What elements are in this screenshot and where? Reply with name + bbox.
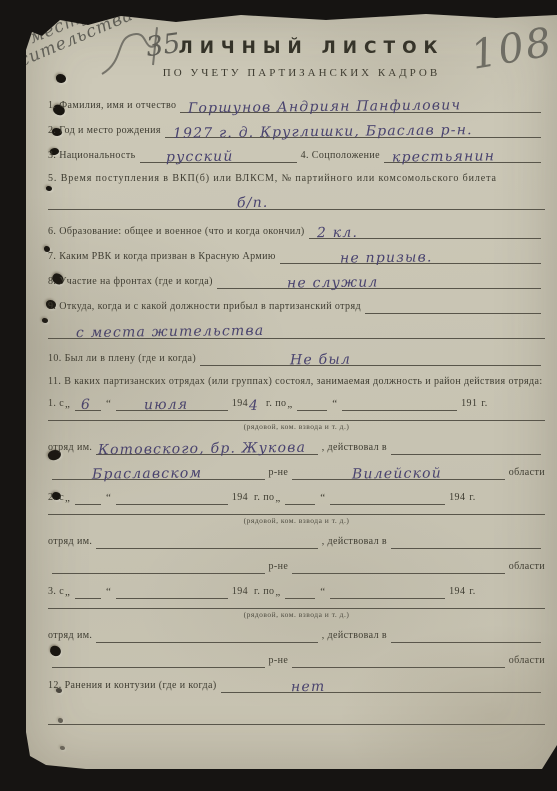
- service-unit-row-3: отряд им. , действовал в: [48, 627, 545, 643]
- field-nationality-social: 3. Национальность русский 4. Соцположени…: [48, 147, 545, 163]
- field-wounds-label: 12. Ранения и контузии (где и когда): [48, 679, 217, 693]
- year-printed: 194: [232, 491, 248, 505]
- field-nationality-value: русский: [165, 150, 233, 165]
- unit-line: [96, 533, 317, 549]
- acted-label: , действовал в: [322, 535, 387, 549]
- year-printed: 194: [232, 585, 248, 599]
- field-surname: 1. Фамилия, имя и отчество Горшунов Андр…: [48, 97, 545, 113]
- month-from-line: [116, 489, 228, 505]
- field-fronts-line: не служил: [217, 273, 541, 289]
- day-to-line: [285, 489, 315, 505]
- service-area-row-1: Браславском р-не Вилейской области: [48, 464, 545, 480]
- year-hand-value: 4: [249, 399, 259, 413]
- open-quote: „: [65, 397, 70, 411]
- service-prefix: 2. с: [48, 491, 64, 505]
- field-wounds-value: нет: [290, 680, 325, 694]
- close-quote: “: [106, 491, 111, 505]
- field-captivity-label: 10. Был ли в плену (где и когда): [48, 352, 196, 366]
- field-social-line: крестьянин: [384, 147, 541, 163]
- field-units-label: 11. В каких партизанских отрядах (или гр…: [48, 375, 545, 388]
- field-party-value: б/п.: [237, 195, 269, 211]
- year-hand-line: 4: [249, 396, 265, 411]
- open-quote: „: [65, 585, 70, 599]
- field-education: 6. Образование: общее и военное (что и к…: [48, 223, 545, 239]
- field-nationality-line: русский: [140, 147, 297, 163]
- field-social-label: 4. Соцположение: [301, 149, 380, 163]
- to-label: г. по: [266, 397, 286, 411]
- form-content: ЛИЧНЫЙ ЛИСТОК ПО УЧЕТУ ПАРТИЗАНСКИХ КАДР…: [48, 28, 545, 734]
- month-from-value: июля: [144, 398, 188, 413]
- day-from-value: 6: [81, 398, 91, 412]
- field-birth-value: 1927 г. д. Круглишки, Браслав р-н.: [173, 123, 473, 141]
- region-value: Вилейской: [352, 466, 442, 481]
- form-subtitle: ПО УЧЕТУ ПАРТИЗАНСКИХ КАДРОВ: [58, 67, 545, 79]
- open-quote: „: [275, 491, 280, 505]
- field-wounds: 12. Ранения и контузии (где и когда) нет: [48, 677, 545, 693]
- district-line: [52, 558, 265, 574]
- service-unit-row-1: отряд им. Котовского, бр. Жукова , дейст…: [48, 439, 545, 455]
- blank-continuation-line: [48, 707, 545, 725]
- field-social-value: крестьянин: [392, 149, 495, 164]
- close-quote: “: [106, 585, 111, 599]
- close-quote: “: [106, 397, 111, 411]
- field-rvk-value: не призыв.: [340, 250, 433, 265]
- field-wounds-line: нет: [221, 677, 541, 693]
- region-label: области: [509, 466, 545, 480]
- field-birth: 2. Год и место рождения 1927 г. д. Кругл…: [48, 122, 545, 138]
- unit-line: [96, 627, 317, 643]
- field-education-label: 6. Образование: общее и военное (что и к…: [48, 225, 305, 239]
- day-from-line: [75, 489, 101, 505]
- district-value: Браславском: [92, 466, 202, 481]
- service-prefix: 1. с: [48, 397, 64, 411]
- field-surname-value: Горшунов Андриян Панфилович: [188, 98, 461, 115]
- unit-line: Котовского, бр. Жукова: [96, 439, 317, 455]
- year-suffix: г.: [469, 491, 475, 505]
- field-origin-label: 9. Откуда, когда и с какой должности при…: [48, 300, 361, 314]
- service-unit-row-2: отряд им. , действовал в: [48, 533, 545, 549]
- acted-line: [391, 439, 541, 455]
- region-label: области: [509, 654, 545, 668]
- acted-line: [391, 533, 541, 549]
- district-line: Браславском: [52, 464, 265, 480]
- end-year-printed: 191: [461, 397, 477, 411]
- field-education-line: 2 кл.: [309, 223, 541, 239]
- rank-caption: (рядовой, ком. взвода и т. д.): [48, 608, 545, 619]
- field-birth-line: 1927 г. д. Круглишки, Браслав р-н.: [165, 122, 541, 138]
- district-line: [52, 652, 265, 668]
- field-origin: 9. Откуда, когда и с какой должности при…: [48, 298, 545, 314]
- scanned-form-page: К месту жительства 35 108 ЛИЧНЫЙ ЛИСТОК …: [26, 12, 557, 769]
- year-printed: 194: [232, 397, 248, 411]
- field-surname-label: 1. Фамилия, имя и отчество: [48, 99, 176, 113]
- field-nationality-label: 3. Национальность: [48, 149, 136, 163]
- district-label: р-не: [269, 654, 289, 668]
- unit-label: отряд им.: [48, 629, 92, 643]
- field-origin-line: с места жительства: [48, 321, 545, 339]
- rank-caption: (рядовой, ком. взвода и т. д.): [48, 514, 545, 525]
- month-to-line: [330, 489, 445, 505]
- close-quote: “: [320, 491, 325, 505]
- close-quote: “: [320, 585, 325, 599]
- field-birth-label: 2. Год и место рождения: [48, 124, 161, 138]
- field-fronts: 8. Участие на фронтах (где и когда) не с…: [48, 273, 545, 289]
- service-dates-row-1: 1. с „ 6 “ июля 194 4 г. по „ “ 191 г.: [48, 395, 545, 411]
- region-line: Вилейской: [292, 464, 505, 480]
- acted-label: , действовал в: [322, 441, 387, 455]
- close-quote: “: [332, 397, 337, 411]
- field-party-line: б/п.: [48, 192, 545, 210]
- field-captivity-line: Не был: [200, 350, 541, 366]
- service-dates-row-3: 3. с „ “ 194 г. по „ “ 194 г.: [48, 583, 545, 599]
- service-area-row-3: р-не области: [48, 652, 545, 668]
- district-label: р-не: [269, 466, 289, 480]
- to-label: г. по: [254, 585, 274, 599]
- year-suffix: г.: [481, 397, 487, 411]
- day-to-line: [285, 583, 315, 599]
- end-year-printed: 194: [449, 491, 465, 505]
- day-from-line: 6: [75, 395, 101, 411]
- open-quote: „: [65, 491, 70, 505]
- rank-caption: (рядовой, ком. взвода и т. д.): [48, 420, 545, 431]
- field-education-value: 2 кл.: [317, 226, 358, 241]
- field-origin-line-short: [365, 298, 541, 314]
- service-area-row-2: р-не области: [48, 558, 545, 574]
- unit-label: отряд им.: [48, 535, 92, 549]
- field-fronts-label: 8. Участие на фронтах (где и когда): [48, 275, 213, 289]
- district-label: р-не: [269, 560, 289, 574]
- field-rvk-line: не призыв.: [280, 248, 541, 264]
- to-label: г. по: [254, 491, 274, 505]
- month-from-line: [116, 583, 228, 599]
- field-rvk-label: 7. Каким РВК и когда призван в Красную А…: [48, 250, 276, 264]
- punch-hole: [60, 746, 65, 750]
- open-quote: „: [287, 397, 292, 411]
- field-fronts-value: не служил: [287, 275, 379, 290]
- service-prefix: 3. с: [48, 585, 64, 599]
- field-origin-value: с места жительства: [76, 323, 265, 341]
- field-party-label: 5. Время поступления в ВКП(б) или ВЛКСМ,…: [48, 172, 545, 185]
- field-rvk: 7. Каким РВК и когда призван в Красную А…: [48, 248, 545, 264]
- service-dates-row-2: 2. с „ “ 194 г. по „ “ 194 г.: [48, 489, 545, 505]
- field-captivity: 10. Был ли в плену (где и когда) Не был: [48, 350, 545, 366]
- month-from-line: июля: [116, 395, 228, 411]
- field-captivity-value: Не был: [290, 353, 351, 368]
- region-label: области: [509, 560, 545, 574]
- acted-line: [391, 627, 541, 643]
- region-line: [292, 652, 505, 668]
- year-suffix: г.: [469, 585, 475, 599]
- month-to-line: [342, 395, 457, 411]
- day-to-line: [297, 395, 327, 411]
- field-surname-line: Горшунов Андриян Панфилович: [180, 97, 541, 113]
- open-quote: „: [275, 585, 280, 599]
- region-line: [292, 558, 505, 574]
- end-year-printed: 194: [449, 585, 465, 599]
- unit-value: Котовского, бр. Жукова: [98, 441, 306, 458]
- day-from-line: [75, 583, 101, 599]
- unit-label: отряд им.: [48, 441, 92, 455]
- month-to-line: [330, 583, 445, 599]
- acted-label: , действовал в: [322, 629, 387, 643]
- form-title: ЛИЧНЫЙ ЛИСТОК: [78, 38, 545, 58]
